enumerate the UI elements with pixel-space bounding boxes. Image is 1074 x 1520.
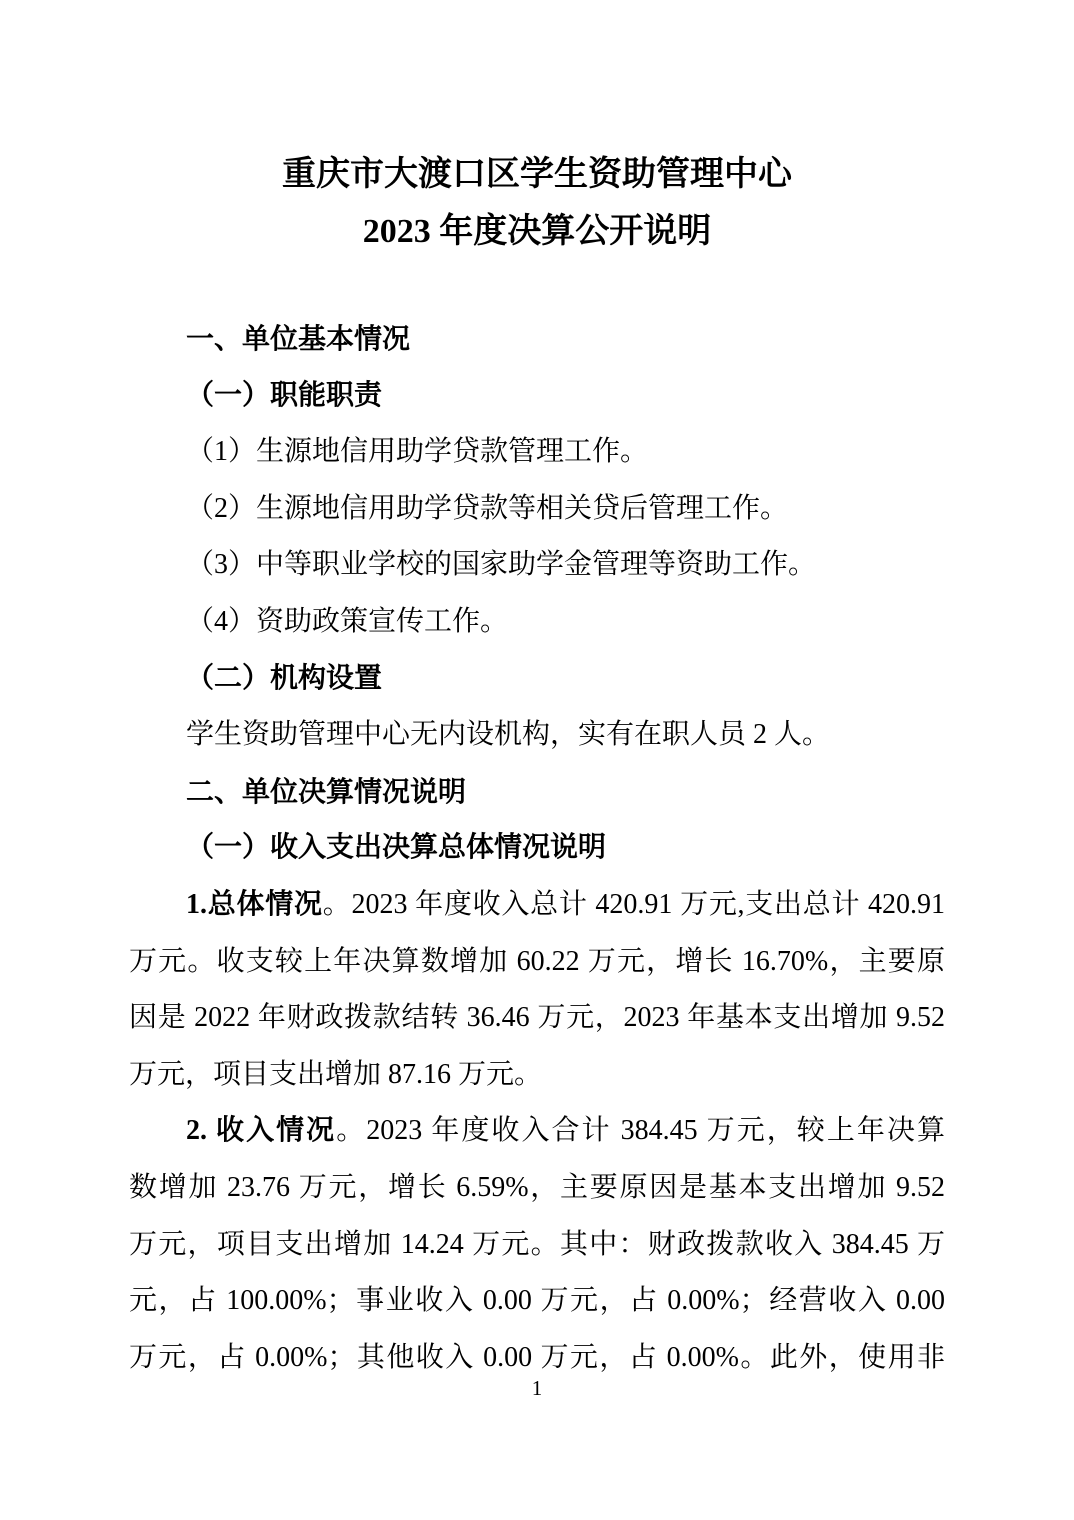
text-line: （4）资助政策宣传工作。 xyxy=(129,594,945,651)
text-line: 元，占 100.00%；事业收入 0.00 万元，占 0.00%；经营收入 0.… xyxy=(129,1273,945,1330)
document-title-line-2: 2023 年度决算公开说明 xyxy=(0,203,1074,260)
document-title: 重庆市大渡口区学生资助管理中心 2023 年度决算公开说明 xyxy=(0,0,1074,260)
text-line: 2. 收入情况。2023 年度收入合计 384.45 万元，较上年决算 xyxy=(129,1103,945,1160)
text-line: 1.总体情况。2023 年度收入总计 420.91 万元,支出总计 420.91 xyxy=(129,877,945,934)
text-line: 数增加 23.76 万元，增长 6.59%，主要原因是基本支出增加 9.52 xyxy=(129,1160,945,1217)
text-line: （二）机构设置 xyxy=(129,651,945,708)
document-title-line-1: 重庆市大渡口区学生资助管理中心 xyxy=(0,146,1074,203)
page-number: 1 xyxy=(0,1376,1074,1401)
text-line: （1）生源地信用助学贷款管理工作。 xyxy=(129,424,945,481)
paragraph-lead: 2. 收入情况 xyxy=(186,1115,336,1146)
document-page: 重庆市大渡口区学生资助管理中心 2023 年度决算公开说明 一、单位基本情况（一… xyxy=(0,0,1074,1520)
paragraph-lead: 1.总体情况 xyxy=(186,889,323,920)
text-line: 二、单位决算情况说明 xyxy=(129,764,945,821)
text-line: 学生资助管理中心无内设机构，实有在职人员 2 人。 xyxy=(129,707,945,764)
text-line: （一）收入支出决算总体情况说明 xyxy=(129,820,945,877)
text-line: 万元，项目支出增加 87.16 万元。 xyxy=(129,1047,945,1104)
text-line: （一）职能职责 xyxy=(129,368,945,425)
text-line: （3）中等职业学校的国家助学金管理等资助工作。 xyxy=(129,537,945,594)
text-line: 万元。收支较上年决算数增加 60.22 万元，增长 16.70%，主要原 xyxy=(129,934,945,991)
text-line: 一、单位基本情况 xyxy=(129,311,945,368)
text-line: （2）生源地信用助学贷款等相关贷后管理工作。 xyxy=(129,481,945,538)
document-body: 一、单位基本情况（一）职能职责（1）生源地信用助学贷款管理工作。（2）生源地信用… xyxy=(129,311,945,1386)
text-line: 因是 2022 年财政拨款结转 36.46 万元，2023 年基本支出增加 9.… xyxy=(129,990,945,1047)
text-line: 万元，项目支出增加 14.24 万元。其中：财政拨款收入 384.45 万 xyxy=(129,1217,945,1274)
